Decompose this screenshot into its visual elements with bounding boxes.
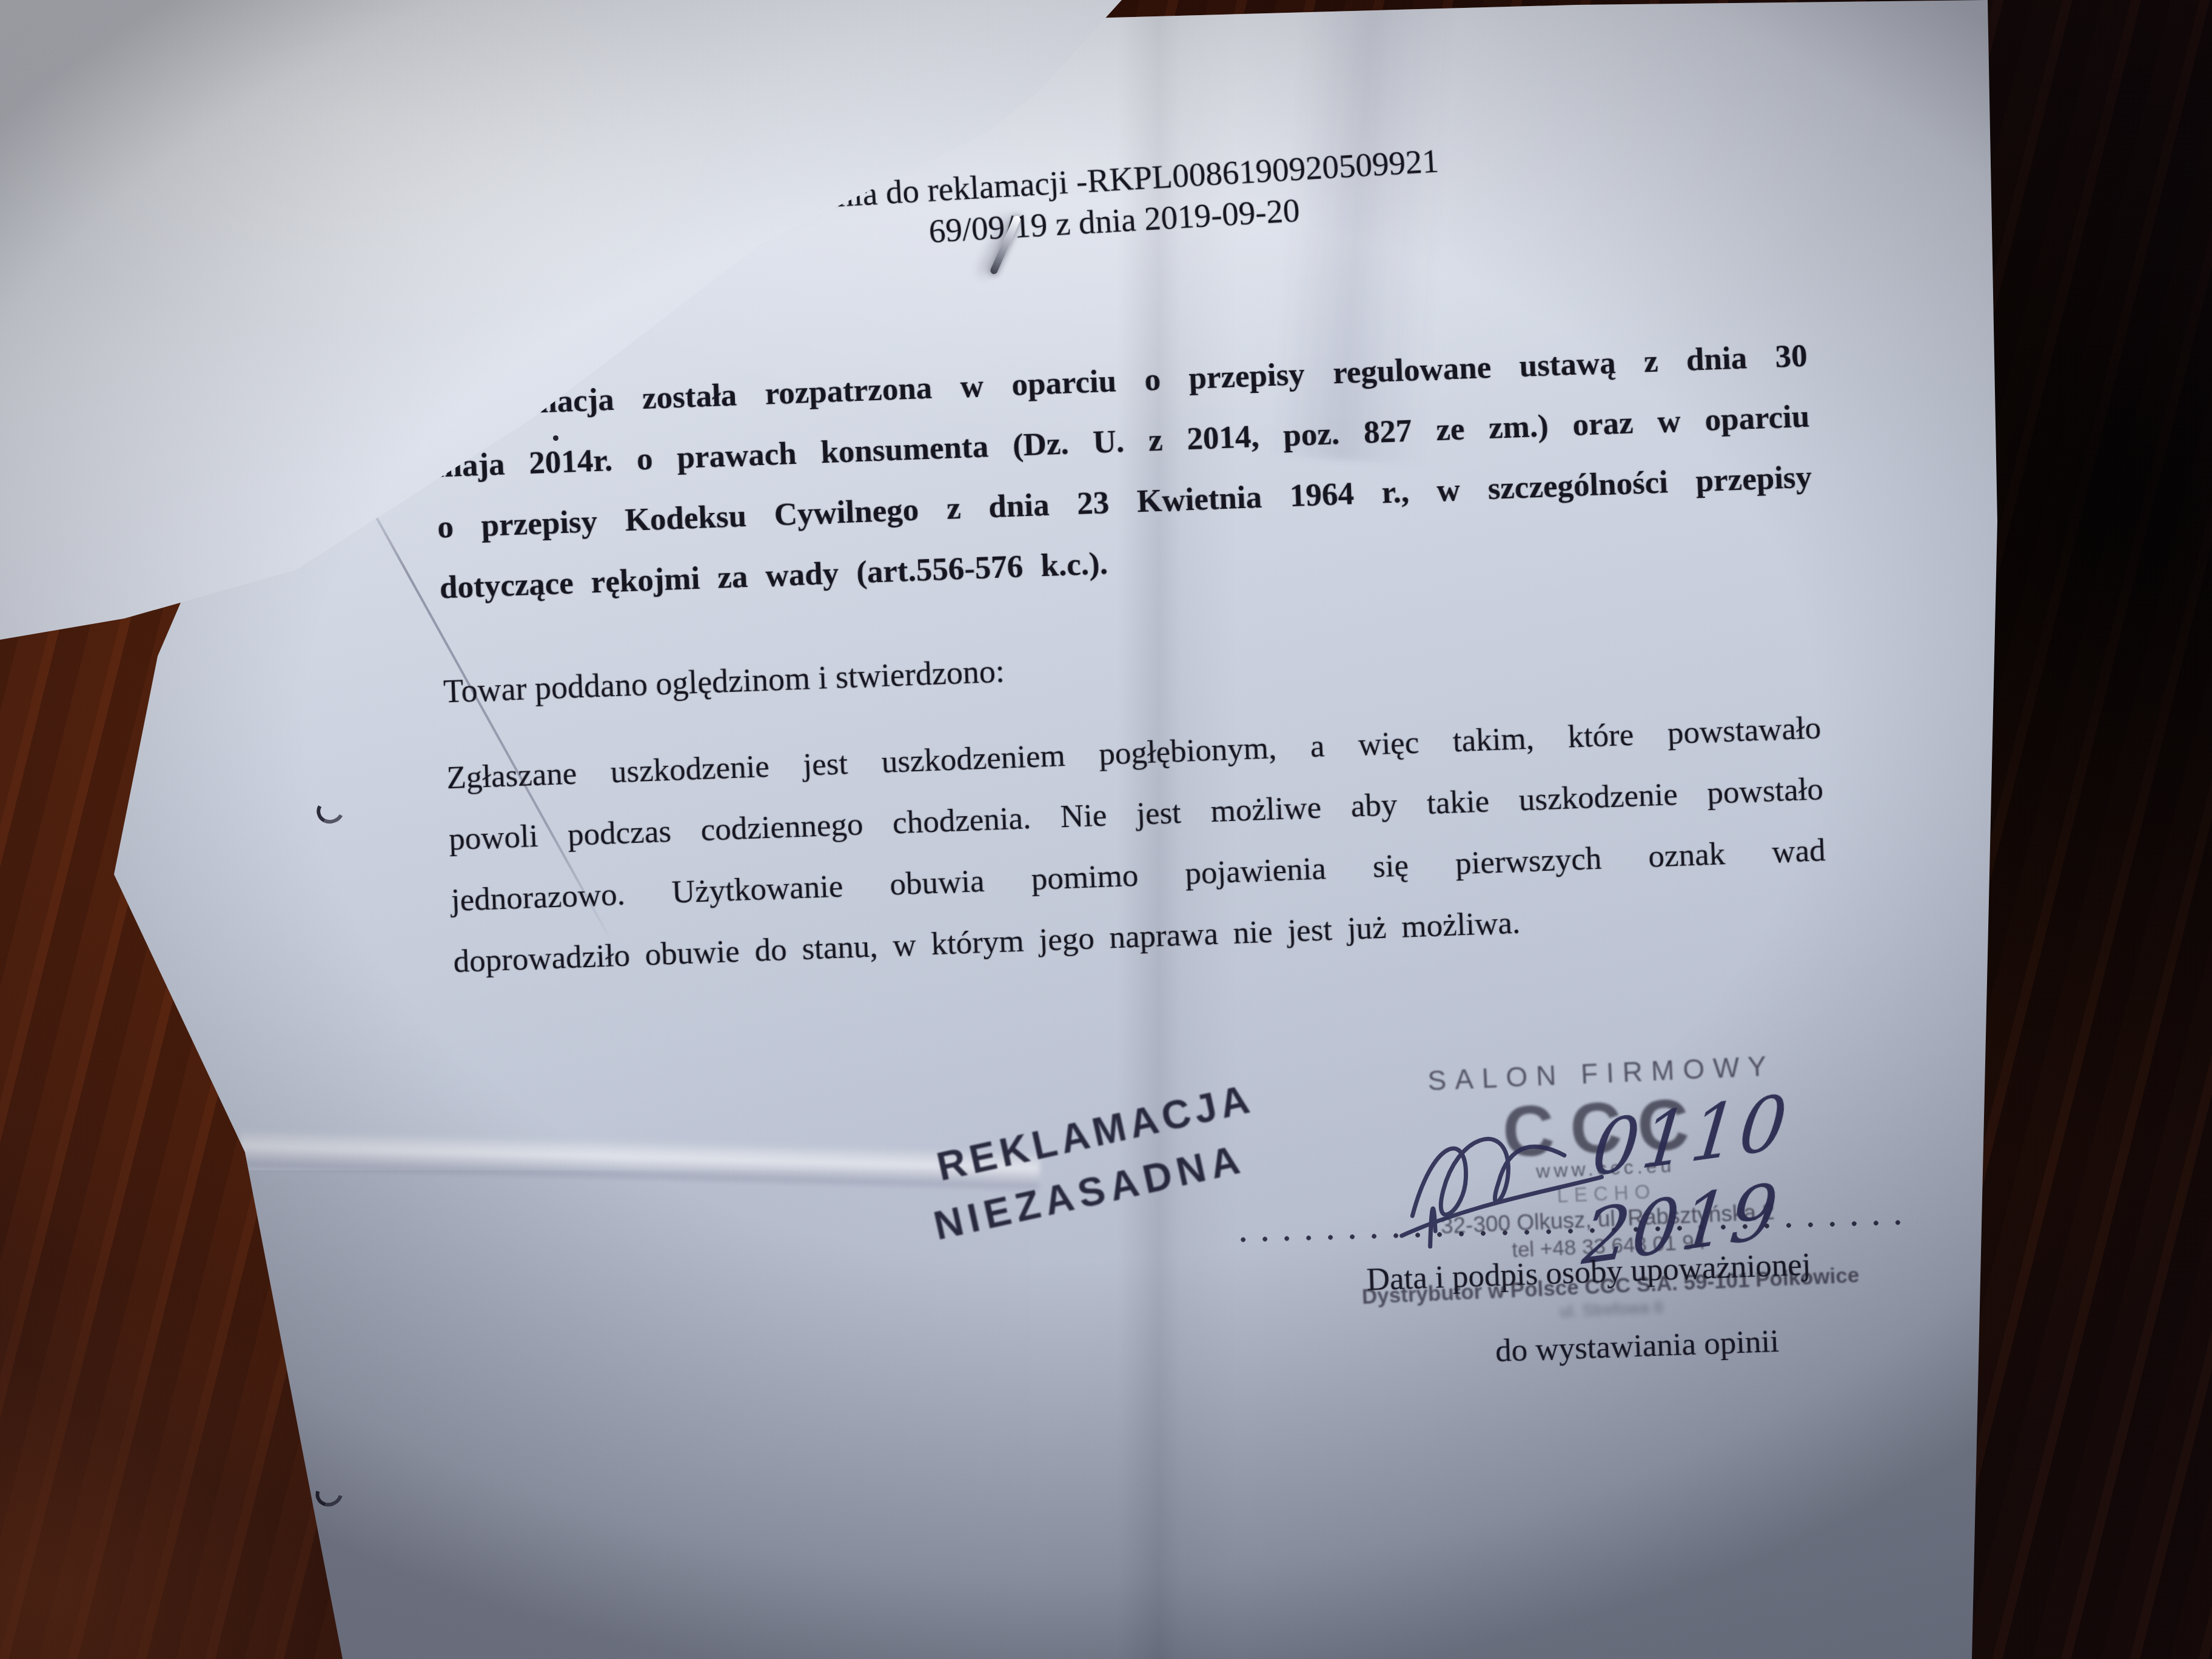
paper-shadow-region: [0, 1170, 1031, 1659]
inspection-heading: Towar poddano oględzinom i stwierdzono:: [443, 622, 1818, 710]
photo-scene: Opinia do reklamacji -RKPL00861909205099…: [0, 0, 2212, 1659]
signature-scribble: [1376, 1095, 1613, 1270]
assessment-paragraph: Zgłaszane uszkodzenie jest uszkodzeniem …: [446, 697, 1829, 993]
legal-paragraph: Reklamacja została rozpatrzona w oparciu…: [432, 326, 1815, 618]
crescent-mark-upper: [313, 794, 348, 827]
